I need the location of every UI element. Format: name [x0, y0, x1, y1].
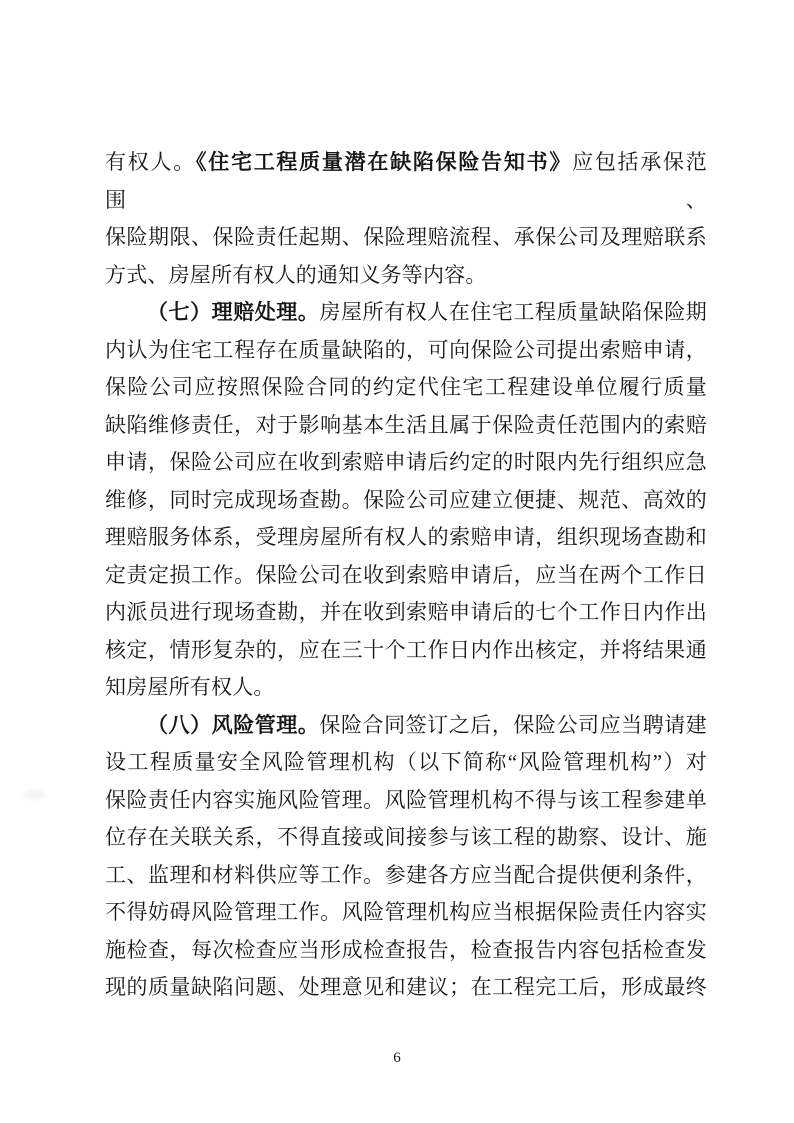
- body-text-segment: 位存在关联关系，不得直接或间接参与该工程的勘察、设计、施: [105, 825, 707, 849]
- document-page: 有权人。《住宅工程质量潜在缺陷保险告知书》应包括承保范围、保险期限、保险责任起期…: [0, 0, 794, 1123]
- body-text-segment: 内派员进行现场查勘，并在收到索赔申请后的七个工作日内作出: [105, 600, 707, 624]
- text-line-12: 内派员进行现场查勘，并在收到索赔申请后的七个工作日内作出: [105, 594, 707, 632]
- text-line-1: 有权人。《住宅工程质量潜在缺陷保险告知书》应包括承保范围、: [105, 144, 707, 219]
- text-line-22: 现的质量缺陷问题、处理意见和建议；在工程完工后，形成最终: [105, 969, 707, 1007]
- body-text-segment: 设工程质量安全风险管理机构（以下简称“风险管理机构”）对: [105, 750, 707, 774]
- body-text-segment: 保险期限、保险责任起期、保险理赔流程、承保公司及理赔联系: [105, 225, 707, 249]
- page-number: 6: [0, 1050, 794, 1067]
- body-text-segment: 施检查，每次检查应当形成检查报告，检查报告内容包括检查发: [105, 938, 707, 962]
- text-line-19: 工、监理和材料供应等工作。参建各方应当配合提供便利条件，: [105, 857, 707, 895]
- emphasis-text-segment: （七）理赔处理。: [147, 300, 319, 324]
- body-text-segment: 维修，同时完成现场查勘。保险公司应建立便捷、规范、高效的: [105, 488, 707, 512]
- text-line-14: 知房屋所有权人。: [105, 669, 707, 707]
- body-text-segment: 申请，保险公司应在收到索赔申请后约定的时限内先行组织应急: [105, 450, 707, 474]
- body-text-segment: 保险责任内容实施风险管理。风险管理机构不得与该工程参建单: [105, 788, 707, 812]
- text-line-4: （七）理赔处理。房屋所有权人在住宅工程质量缺陷保险期: [105, 294, 707, 332]
- text-line-5: 内认为住宅工程存在质量缺陷的，可向保险公司提出索赔申请，: [105, 332, 707, 370]
- text-line-18: 位存在关联关系，不得直接或间接参与该工程的勘察、设计、施: [105, 819, 707, 857]
- body-text: 有权人。《住宅工程质量潜在缺陷保险告知书》应包括承保范围、保险期限、保险责任起期…: [105, 144, 707, 1007]
- text-line-16: 设工程质量安全风险管理机构（以下简称“风险管理机构”）对: [105, 744, 707, 782]
- body-text-segment: 缺陷维修责任，对于影响基本生活且属于保险责任范围内的索赔: [105, 413, 707, 437]
- body-text-segment: 现的质量缺陷问题、处理意见和建议；在工程完工后，形成最终: [105, 975, 707, 999]
- scan-artifact: [24, 790, 46, 799]
- body-text-segment: 保险合同签订之后，保险公司应当聘请建: [319, 713, 707, 737]
- body-text-segment: 知房屋所有权人。: [105, 675, 275, 699]
- body-text-segment: 核定，情形复杂的，应在三十个工作日内作出核定，并将结果通: [105, 638, 707, 662]
- body-text-segment: 内认为住宅工程存在质量缺陷的，可向保险公司提出索赔申请，: [105, 338, 707, 362]
- body-text-segment: 保险公司应按照保险合同的约定代住宅工程建设单位履行质量: [105, 375, 707, 399]
- text-line-7: 缺陷维修责任，对于影响基本生活且属于保险责任范围内的索赔: [105, 407, 707, 445]
- body-text-segment: 有权人。: [105, 150, 196, 174]
- text-line-9: 维修，同时完成现场查勘。保险公司应建立便捷、规范、高效的: [105, 482, 707, 520]
- text-line-13: 核定，情形复杂的，应在三十个工作日内作出核定，并将结果通: [105, 632, 707, 670]
- body-text-segment: 理赔服务体系，受理房屋所有权人的索赔申请，组织现场查勘和: [105, 525, 707, 549]
- body-text-segment: 不得妨碍风险管理工作。风险管理机构应当根据保险责任内容实: [105, 900, 707, 924]
- body-text-segment: 工、监理和材料供应等工作。参建各方应当配合提供便利条件，: [105, 863, 707, 887]
- text-line-17: 保险责任内容实施风险管理。风险管理机构不得与该工程参建单: [105, 782, 707, 820]
- text-line-2: 保险期限、保险责任起期、保险理赔流程、承保公司及理赔联系: [105, 219, 707, 257]
- text-line-3: 方式、房屋所有权人的通知义务等内容。: [105, 257, 707, 295]
- text-line-15: （八）风险管理。保险合同签订之后，保险公司应当聘请建: [105, 707, 707, 745]
- body-text-segment: 房屋所有权人在住宅工程质量缺陷保险期: [319, 300, 707, 324]
- text-line-20: 不得妨碍风险管理工作。风险管理机构应当根据保险责任内容实: [105, 894, 707, 932]
- text-line-10: 理赔服务体系，受理房屋所有权人的索赔申请，组织现场查勘和: [105, 519, 707, 557]
- text-line-6: 保险公司应按照保险合同的约定代住宅工程建设单位履行质量: [105, 369, 707, 407]
- emphasis-text-segment: 《住宅工程质量潜在缺陷保险告知书》: [196, 150, 572, 174]
- emphasis-text-segment: （八）风险管理。: [147, 713, 319, 737]
- text-line-8: 申请，保险公司应在收到索赔申请后约定的时限内先行组织应急: [105, 444, 707, 482]
- text-line-11: 定责定损工作。保险公司在收到索赔申请后，应当在两个工作日: [105, 557, 707, 595]
- text-line-21: 施检查，每次检查应当形成检查报告，检查报告内容包括检查发: [105, 932, 707, 970]
- body-text-segment: 定责定损工作。保险公司在收到索赔申请后，应当在两个工作日: [105, 563, 707, 587]
- body-text-segment: 方式、房屋所有权人的通知义务等内容。: [105, 263, 487, 287]
